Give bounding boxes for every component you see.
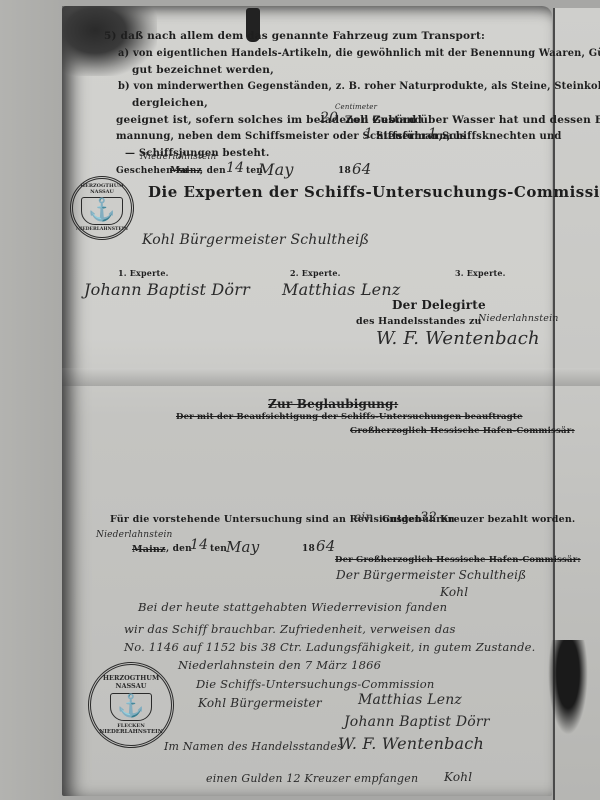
beglaubigung-heading: Zur Beglaubigung: [268, 397, 398, 411]
stamp-text-top: HERZOGTHUM NASSAU [73, 183, 131, 195]
handwritten-steuermann-count: 1 [364, 126, 373, 142]
fee-year: 64 [316, 537, 336, 555]
expert-2-signature: Matthias Lenz [282, 280, 400, 299]
background [0, 0, 70, 800]
fee-kreuzer: Kreuzer bezahlt worden. [440, 514, 575, 525]
paper-fold-line [62, 368, 600, 386]
fee-signature-1: Der Bürgermeister Schultheiß [336, 568, 526, 582]
fee-ten: ten [210, 544, 227, 554]
note-line-3: No. 1146 auf 1152 bis 38 Ctr. Ladungsfäh… [124, 640, 536, 654]
fee-month: May [226, 538, 259, 556]
printed-item-a-1: a) von eigentlichen Handels-Artikeln, di… [118, 48, 600, 59]
handwritten-place: Niederlahnstein [140, 152, 217, 162]
fee-year-prefix: 18 [302, 544, 315, 554]
fee-amount-words: ein [354, 510, 373, 524]
printed-steuermann: Steuermann, [376, 131, 450, 142]
fee-day: 14 [190, 537, 208, 553]
note-fee-signature: Kohl [444, 770, 472, 784]
handwritten-knechte-count: 1 [428, 126, 437, 142]
fee-commissioner: Der Großherzoglich Hessische Hafen-Commi… [335, 555, 581, 565]
stamp-text-bottom: NIEDERLAHNSTEIN [76, 227, 128, 232]
expert-2-label: 2. Experte. [290, 268, 341, 278]
ink-blot-right [548, 640, 588, 735]
printed-intro: 5) daß nach allem dem das genannte Fahrz… [104, 30, 485, 42]
commissioner-line-2: Großherzoglich Hessische Hafen-Commissär… [350, 426, 575, 436]
note-handel-signature: W. F. Wentenbach [338, 734, 484, 753]
note-line-1: Bei der heute stattgehabten Wiederrevisi… [138, 600, 447, 614]
printed-place-struck: Mainz [170, 166, 202, 176]
note-signature-1: Matthias Lenz [358, 692, 462, 708]
stamp-text-bottom: NIEDERLAHNSTEIN [99, 729, 163, 736]
stamp-text-top: HERZOGTHUM NASSAU [91, 675, 171, 691]
mayor-signature: Kohl Bürgermeister Schultheiß [142, 232, 369, 248]
handwritten-year: 64 [352, 160, 372, 178]
expert-3-label: 3. Experte. [455, 268, 506, 278]
delegate-subtitle: des Handelsstandes zu [356, 316, 482, 327]
printed-year-prefix: 18 [338, 166, 351, 176]
official-stamp-top: HERZOGTHUM NASSAU ⚓ NIEDERLAHNSTEIN [70, 176, 134, 240]
printed-suitability-1-post: Zoll Gebörd über Wasser hat und dessen B… [345, 114, 600, 126]
commissioner-line-1: Der mit der Beaufsichtigung der Schiffs-… [176, 412, 523, 422]
note-handel-label: Im Namen des Handelsstandes [164, 740, 343, 753]
note-commission: Die Schiffs-Untersuchungs-Commission [196, 677, 434, 691]
fee-den: , den [166, 544, 192, 554]
fee-kreuzer-value: 32 [420, 510, 437, 525]
handwritten-centimeter: Centimeter [335, 103, 377, 111]
printed-den: , den [200, 166, 226, 176]
handwritten-month: May [258, 160, 294, 179]
note-fee: einen Gulden 12 Kreuzer empfangen [206, 772, 418, 785]
printed-item-b-1: b) von minderwerthen Gegenständen, z. B.… [118, 81, 600, 92]
delegate-title: Der Delegirte [392, 298, 486, 312]
handwritten-depth: 20 [320, 110, 338, 126]
delegate-place: Niederlahnstein [478, 313, 559, 324]
printed-item-b-2: dergleichen, [132, 97, 208, 109]
note-date: Niederlahnstein den 7 März 1866 [178, 658, 381, 672]
fee-gulden: Gulden [382, 514, 421, 525]
experts-heading: Die Experten der Schiffs-Untersuchungs-C… [148, 183, 600, 201]
anchor-shield-icon: ⚓ [110, 693, 151, 721]
handwritten-day: 14 [226, 160, 244, 176]
printed-item-a-2: gut bezeichnet werden, [132, 64, 274, 76]
printed-schiffsknechten: Schiffsknechten und [442, 131, 562, 142]
note-signature-2: Johann Baptist Dörr [344, 714, 490, 730]
expert-1-label: 1. Experte. [118, 268, 169, 278]
note-mayor: Kohl Bürgermeister [198, 696, 322, 710]
fee-place: Niederlahnstein [96, 530, 173, 540]
official-stamp-bottom: HERZOGTHUM NASSAU ⚓ FLECKEN NIEDERLAHNST… [88, 662, 174, 748]
delegate-signature: W. F. Wentenbach [376, 328, 540, 349]
anchor-shield-icon: ⚓ [81, 197, 122, 225]
fee-place-struck: Mainz [132, 544, 166, 555]
fee-signature-2: Kohl [440, 585, 468, 599]
note-line-2: wir das Schiff brauchbar. Zufriedenheit,… [124, 622, 456, 636]
expert-1-signature: Johann Baptist Dörr [84, 280, 250, 299]
